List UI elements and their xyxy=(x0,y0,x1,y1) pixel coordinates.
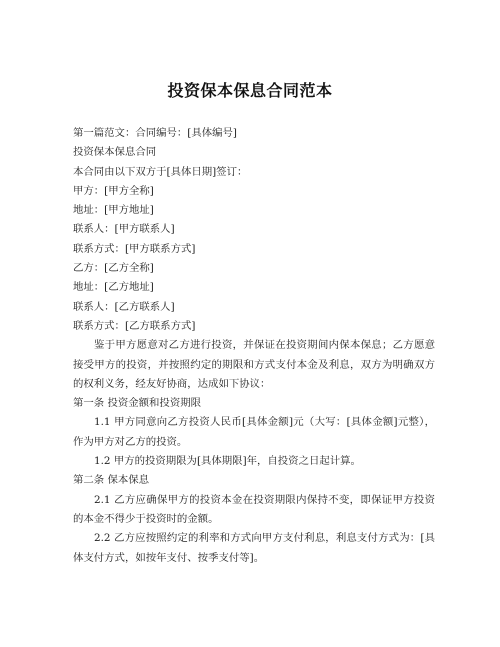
article-1-heading: 第一条 投资金额和投资期限 xyxy=(73,394,435,413)
party-b-contact-info: 联系方式：[乙方联系方式] xyxy=(73,317,435,336)
article-2-clause-1: 2.1 乙方应确保甲方的投资本金在投资期限内保持不变，即保证甲方投资的本金不得少… xyxy=(73,491,435,530)
document-title: 投资保本保息合同范本 xyxy=(0,78,500,101)
article-1-clause-1: 1.1 甲方同意向乙方投资人民币[具体金额]元（大写：[具体金额]元整），作为甲… xyxy=(73,413,435,452)
document-page: 投资保本保息合同范本 第一篇范文：合同编号：[具体编号] 投资保本保息合同 本合… xyxy=(0,0,500,647)
party-a-contact-person: 联系人：[甲方联系人] xyxy=(73,220,435,239)
article-2-heading: 第二条 保本保息 xyxy=(73,471,435,490)
party-a-name: 甲方：[甲方全称] xyxy=(73,182,435,201)
article-1-clause-2: 1.2 甲方的投资期限为[具体期限]年，自投资之日起计算。 xyxy=(73,452,435,471)
party-b-address: 地址：[乙方地址] xyxy=(73,278,435,297)
preamble-paragraph: 鉴于甲方愿意对乙方进行投资，并保证在投资期间内保本保息；乙方愿意接受甲方的投资，… xyxy=(73,336,435,394)
signing-date-line: 本合同由以下双方于[具体日期]签订： xyxy=(73,163,435,182)
document-body: 第一篇范文：合同编号：[具体编号] 投资保本保息合同 本合同由以下双方于[具体日… xyxy=(73,124,435,568)
party-a-address: 地址：[甲方地址] xyxy=(73,201,435,220)
article-2-clause-2: 2.2 乙方应按照约定的利率和方式向甲方支付利息，利息支付方式为：[具体支付方式… xyxy=(73,529,435,568)
party-b-name: 乙方：[乙方全称] xyxy=(73,259,435,278)
contract-name-line: 投资保本保息合同 xyxy=(73,143,435,162)
party-b-contact-person: 联系人：[乙方联系人] xyxy=(73,298,435,317)
party-a-contact-info: 联系方式：[甲方联系方式] xyxy=(73,240,435,259)
contract-number-line: 第一篇范文：合同编号：[具体编号] xyxy=(73,124,435,143)
